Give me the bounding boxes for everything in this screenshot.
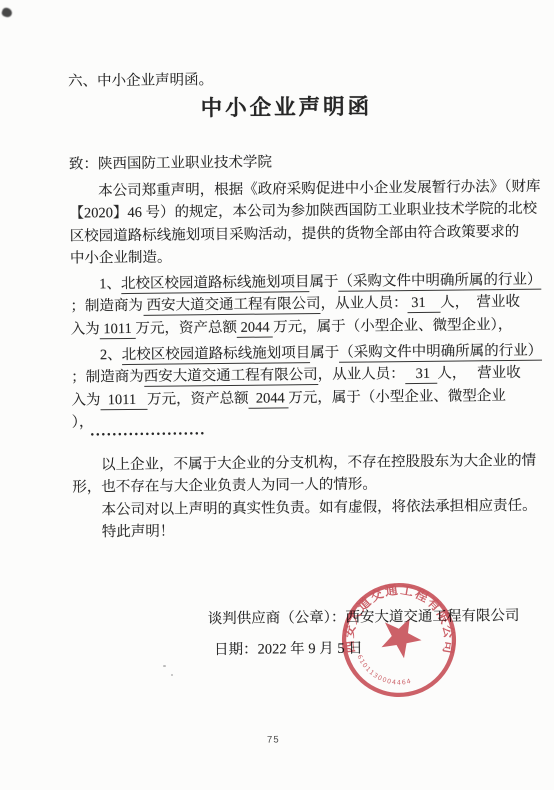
underlined-text: （采购文件中明确所属的行业） [338,272,541,292]
section-heading: 六、中小企业声明函。 [68,69,213,93]
item-1-line: 入为 1011 万元，资产总额 2044 万元，属于（小型企业、微型企业）， [71,314,511,341]
underlined-text: 1011 [100,391,147,409]
item-2-paragraph: 2、北校区校园道路标线施划项目属于（采购文件中明确所属的行业） ；制造商为西安大… [71,340,512,434]
company-seal-stamp: 西安大道交通工程有限公司 6101130004464 [338,579,460,701]
plain-text: 人， 营业收 [440,294,520,311]
underlined-text: 1011 [100,321,136,339]
ellipsis-line: ····················· [90,423,206,447]
plain-text: 入为 [71,321,100,337]
intro-line: 中小企业制造。 [70,243,510,270]
underlined-text: 西安大道交通工程有限公司 [143,296,321,316]
underlined-text: 2044 [248,390,288,408]
intro-paragraph: 本公司郑重声明，根据《政府采购促进中小企业发展暂行办法》（财库 【2020】46… [69,176,510,270]
item-1-paragraph: 1、北校区校园道路标线施划项目属于（采购文件中明确所属的行业） ；制造商为 西安… [70,269,511,340]
underlined-text: 31 [407,295,440,313]
plain-text: 万元，属于（小型企业、微型企业）， [273,317,512,336]
underlined-text: 北校区校园道路标线施划项目 [121,274,310,294]
plain-text: 人， 营业收 [437,365,521,382]
addressee-line: 致：陕西国防工业职业技术学院 [69,151,272,175]
plain-text: 万元，资产总额 [135,319,237,336]
plain-text: 万元，属于（小型企业、微型企业 [288,388,506,406]
seal-registration-number: 6101130004464 [350,652,415,696]
scanned-document-page: 六、中小企业声明函。 中小企业声明函 致：陕西国防工业职业技术学院 本公司郑重声… [0,0,554,790]
document-title: 中小企业声明函 [68,88,504,124]
underlined-text: （采购文件中明确所属的行业） [339,343,542,363]
closing-paragraphs: 以上企业，不属于大企业的分支机构，不存在控股股东为大企业的情 形，也不存在与大企… [72,450,513,544]
document-content: 六、中小企业声明函。 中小企业声明函 致：陕西国防工业职业技术学院 本公司郑重声… [0,0,554,790]
underlined-text: 西安大道交通工程有限公司 [144,367,318,387]
plain-text: 属于 [310,345,339,361]
plain-text: 2、 [100,347,122,363]
underlined-text: 北校区校园道路标线施划项目 [122,345,311,365]
seal-star-icon [374,609,427,662]
page-number: 75 [267,734,280,745]
plain-text: 1、 [99,276,121,292]
plain-text: 万元，资产总额 [147,390,249,407]
plain-text: 入为 [71,392,100,408]
plain-text: 属于 [309,274,338,290]
plain-text: ；制造商为 [70,298,143,315]
plain-text: ，从业人员： [320,295,407,312]
underlined-text: 2044 [237,319,273,337]
closing-line: 特此声明！ [73,517,513,544]
underlined-text: 31 [405,366,438,384]
plain-text: ，从业人员： [318,366,405,383]
plain-text: ；制造商为 [71,369,144,386]
